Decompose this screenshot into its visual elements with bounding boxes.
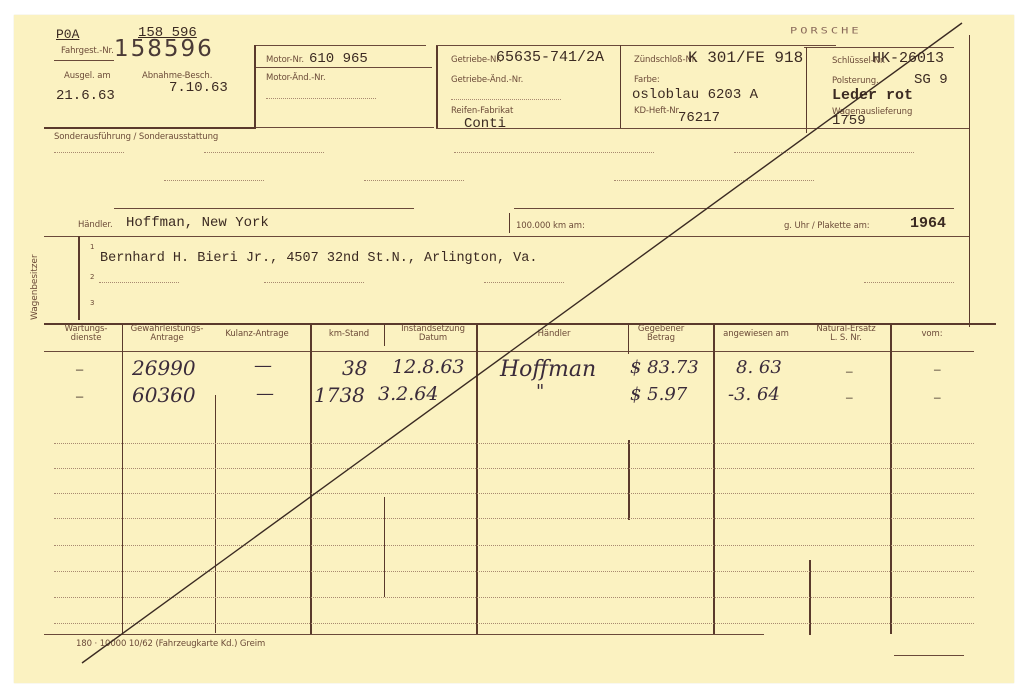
owner-line-1: Bernhard H. Bieri Jr., 4507 32nd St.N., … xyxy=(100,251,537,266)
col-header-angewiesen: angewiesen am xyxy=(714,329,798,339)
row2-wartung: — xyxy=(76,390,83,404)
col-header-gewaehr: Gewährleistungs- Antrage xyxy=(124,325,210,343)
owner-line-number: 3 xyxy=(90,299,94,307)
kd-label: KD-Heft-Nr. xyxy=(634,106,681,116)
col-header-km: km-Stand xyxy=(314,329,384,339)
col-header-betrag: Gegebener Betrag xyxy=(628,325,694,343)
kd-value: 76217 xyxy=(678,110,720,126)
row1-km: 38 xyxy=(342,356,367,380)
row2-natural: — xyxy=(846,393,853,405)
row2-kulanz: — xyxy=(256,383,274,404)
chassis-label: Fahrgest.-Nr. xyxy=(61,46,114,56)
row1-natural: — xyxy=(846,367,853,379)
col-header-haendler: Händler xyxy=(484,329,624,339)
type-code: P0A xyxy=(56,27,79,42)
plaque-value: 1964 xyxy=(910,215,946,232)
plaque-label: g. Uhr / Plakette am: xyxy=(784,221,870,231)
delivery-value: 1759 xyxy=(832,113,866,129)
row1-vom: — xyxy=(934,365,941,377)
owner-section-label: Wagenbesitzer xyxy=(30,255,40,320)
row1-datum: 12.8.63 xyxy=(392,356,465,378)
row2-km: 1738 xyxy=(314,383,365,407)
tire-value: Conti xyxy=(464,116,506,132)
special-equipment-label: Sonderausführung / Sonderausstattung xyxy=(54,132,218,142)
acceptance-value: 7.10.63 xyxy=(169,80,228,96)
delivered-label: Ausgel. am xyxy=(64,71,111,81)
engine-label: Motor-Nr. xyxy=(266,55,304,65)
km100k-label: 100.000 km am: xyxy=(516,221,585,231)
gearbox-change-label: Getriebe-Änd.-Nr. xyxy=(451,75,523,85)
row2-datum: 3.2.64 xyxy=(378,383,438,405)
key-value: HK-26013 xyxy=(872,50,944,67)
row2-vom: — xyxy=(934,393,941,405)
row1-betrag: $ 83.73 xyxy=(630,357,699,378)
delivered-value: 21.6.63 xyxy=(56,88,115,104)
tire-label: Reifen-Fabrikat xyxy=(451,106,513,116)
row1-wartung: — xyxy=(76,363,83,377)
row1-kulanz: — xyxy=(254,355,272,376)
vehicle-record-card: P0A 158 596 Fahrgest.-Nr. 158596 Ausgel.… xyxy=(14,15,1014,683)
row2-betrag: $ 5.97 xyxy=(630,384,687,405)
engine-change-label: Motor-Änd.-Nr. xyxy=(266,73,326,83)
print-footer: 180 · 10000 10/62 (Fahrzeugkarte Kd.) Gr… xyxy=(76,639,265,649)
col-header-natural: Natural-Ersatz L. S. Nr. xyxy=(806,325,886,343)
upholstery-code: SG 9 xyxy=(914,72,948,88)
gearbox-value: 65635-741/2A xyxy=(496,49,604,66)
owner-line-number: 1 xyxy=(90,243,94,251)
row2-gewaehr: 60360 xyxy=(132,383,196,407)
col-header-kulanz: Kulanz-Antrage xyxy=(210,329,304,339)
row2-haendler: " xyxy=(536,381,544,402)
dealer-label: Händler. xyxy=(78,220,113,230)
owner-line-number: 2 xyxy=(90,273,94,281)
dealer-value: Hoffman, New York xyxy=(126,215,269,231)
row1-gewaehr: 26990 xyxy=(132,356,196,380)
row1-haendler: Hoffman xyxy=(500,357,596,382)
col-header-vom: vom: xyxy=(892,329,972,339)
ignition-value: K 301/FE 918 xyxy=(688,49,803,67)
row2-angewiesen: -3. 64 xyxy=(728,384,780,405)
upholstery-value: Leder rot xyxy=(832,87,913,104)
row1-angewiesen: 8. 63 xyxy=(736,357,782,378)
porsche-logo: PORSCHE xyxy=(790,26,862,36)
upholstery-label: Polsterung. xyxy=(832,76,879,86)
gearbox-label: Getriebe-Nr. xyxy=(451,55,502,65)
engine-value: 610 965 xyxy=(309,51,368,67)
chassis-value: 158596 xyxy=(114,36,214,62)
color-value: osloblau 6203 A xyxy=(632,87,758,103)
color-label: Farbe: xyxy=(634,75,660,85)
col-header-wartung: Wartungs- dienste xyxy=(58,325,114,343)
col-header-datum: Instandsetzung Datum xyxy=(390,325,476,343)
